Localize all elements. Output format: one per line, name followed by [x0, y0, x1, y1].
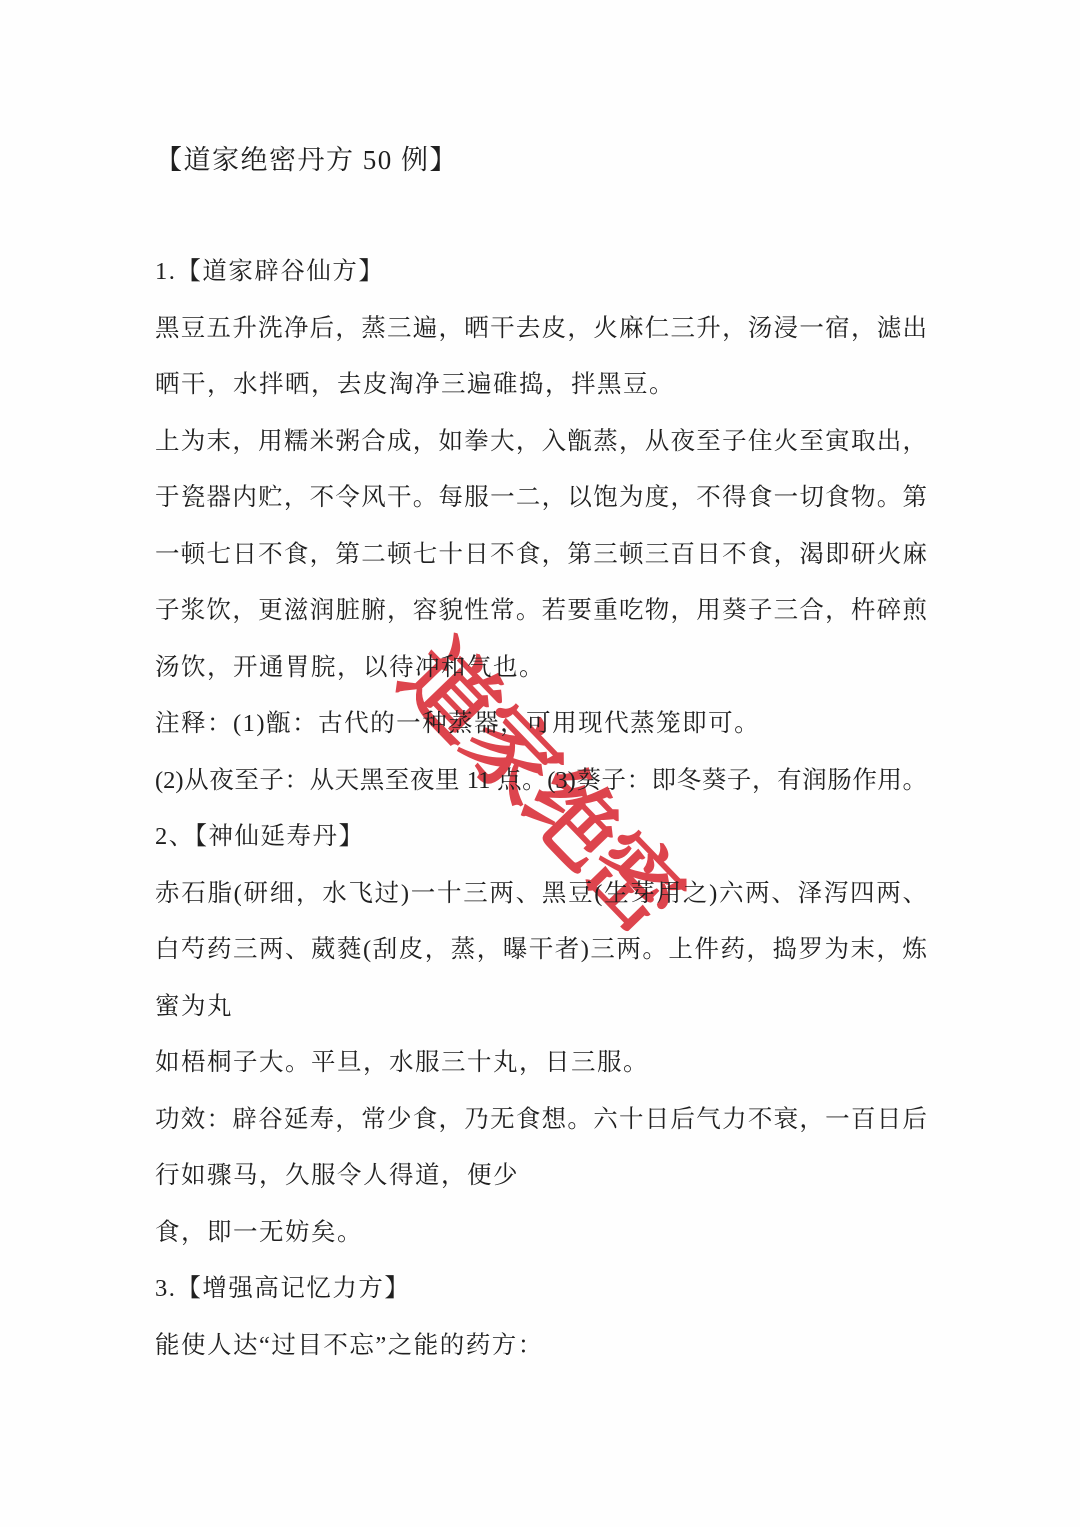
document-title: 【道家绝密丹方 50 例】	[155, 132, 927, 188]
text-line-section-3-heading: 3.【增强高记忆力方】	[155, 1261, 927, 1318]
text-line: 能使人达“过目不忘”之能的药方：	[155, 1318, 927, 1375]
text-line-note: (2)从夜至子：从天黑至夜里 11 点。(3)葵子：即冬葵子，有润肠作用。	[155, 753, 927, 810]
text-line: 功效：辟谷延寿，常少食，乃无食想。六十日后气力不衰，一百日后	[155, 1092, 927, 1149]
document-page: 道家绝密 【道家绝密丹方 50 例】 1.【道家辟谷仙方】 黑豆五升洗净后，蒸三…	[0, 0, 1080, 1527]
text-line-note: 注释：(1)甑：古代的一种蒸器，可用现代蒸笼即可。	[155, 696, 927, 753]
text-line: 白芍药三两、葳蕤(刮皮，蒸，曝干者)三两。上件药，捣罗为末，炼	[155, 922, 927, 979]
text-line: 上为末，用糯米粥合成，如拳大，入甑蒸，从夜至子住火至寅取出，	[155, 414, 927, 471]
text-line: 黑豆五升洗净后，蒸三遍，晒干去皮，火麻仁三升，汤浸一宿，滤出	[155, 301, 927, 358]
text-line: 晒干，水拌晒，去皮淘净三遍碓捣，拌黑豆。	[155, 357, 927, 414]
text-line: 食，即一无妨矣。	[155, 1205, 927, 1262]
text-line-section-2-heading: 2、【神仙延寿丹】	[155, 809, 927, 866]
text-line: 一顿七日不食，第二顿七十日不食，第三顿三百日不食，渴即研火麻	[155, 527, 927, 584]
document-body: 1.【道家辟谷仙方】 黑豆五升洗净后，蒸三遍，晒干去皮，火麻仁三升，汤浸一宿，滤…	[155, 244, 927, 1374]
text-line: 行如骤马，久服令人得道，便少	[155, 1148, 927, 1205]
text-line: 赤石脂(研细，水飞过)一十三两、黑豆(生芽用之)六两、泽泻四两、	[155, 866, 927, 923]
text-line-section-1-heading: 1.【道家辟谷仙方】	[155, 244, 927, 301]
text-line: 如梧桐子大。平旦，水服三十丸，日三服。	[155, 1035, 927, 1092]
text-line: 汤饮，开通胃脘，以待冲和气也。	[155, 640, 927, 697]
text-line: 于瓷器内贮，不令风干。每服一二，以饱为度，不得食一切食物。第	[155, 470, 927, 527]
text-line: 子浆饮，更滋润脏腑，容貌性常。若要重吃物，用葵子三合，杵碎煎	[155, 583, 927, 640]
text-line: 蜜为丸	[155, 979, 927, 1036]
